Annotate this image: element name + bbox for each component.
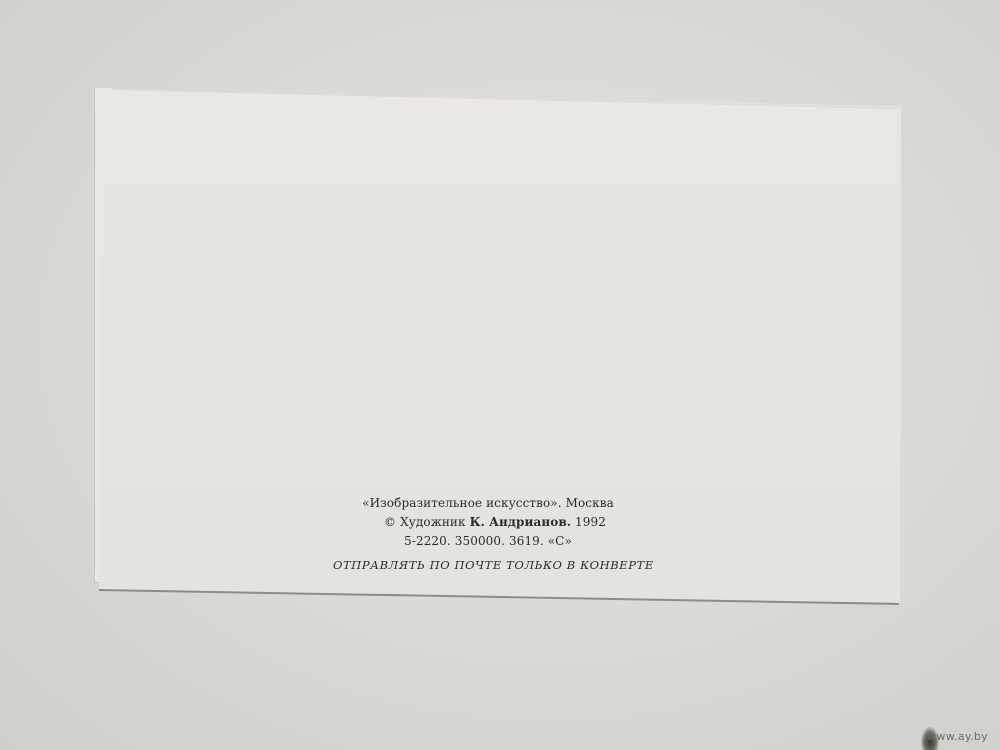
copyright-icon: © [384, 515, 396, 529]
watermark: www.ay.by [927, 730, 988, 743]
publisher-imprint: «Изобразительное искусство». Москва © Ху… [300, 494, 700, 551]
artist-line: © Художник К. Андрианов. 1992 [290, 513, 700, 532]
year: 1992 [575, 515, 606, 529]
publisher-line: «Изобразительное искусство». Москва [276, 494, 700, 513]
catalog-line: 5-2220. 350000. 3619. «С» [276, 532, 700, 551]
artist-label: Художник [400, 515, 466, 529]
mailing-notice: ОТПРАВЛЯТЬ ПО ПОЧТЕ ТОЛЬКО В КОНВЕРТЕ [333, 558, 653, 572]
artist-name: К. Андрианов. [470, 515, 572, 529]
